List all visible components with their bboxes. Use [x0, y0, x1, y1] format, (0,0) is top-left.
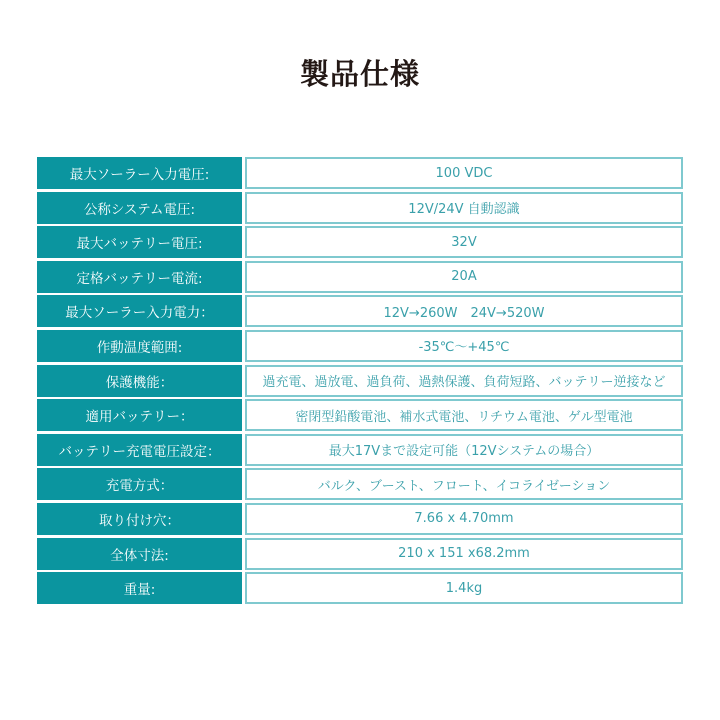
spec-value: 20A	[245, 261, 683, 293]
spec-row-dimensions: 全体寸法: 210 x 151 x68.2mm	[37, 538, 683, 570]
spec-row-mounting-holes: 取り付け穴： 7.66 x 4.70mm	[37, 503, 683, 535]
spec-row-max-solar-voltage: 最大ソーラー入力電圧: 100 VDC	[37, 157, 683, 189]
spec-label: 充電方式：	[37, 468, 242, 500]
spec-label: 最大ソーラー入力電圧:	[37, 157, 242, 189]
spec-value: 12V→260W 24V→520W	[245, 295, 683, 327]
spec-label: 重量:	[37, 572, 242, 604]
spec-row-protection: 保護機能： 過充電、過放電、過負荷、過熱保護、負荷短路、バッテリー逆接など	[37, 365, 683, 397]
spec-value: 7.66 x 4.70mm	[245, 503, 683, 535]
spec-value: 12V/24V 自動認識	[245, 192, 683, 224]
spec-value: バルク、ブースト、フロート、イコライゼーション	[245, 468, 683, 500]
spec-value: 32V	[245, 226, 683, 258]
spec-row-rated-battery-current: 定格バッテリー電流: 20A	[37, 261, 683, 293]
spec-value: 密閉型鉛酸電池、補水式電池、リチウム電池、ゲル型電池	[245, 399, 683, 431]
spec-row-max-battery-voltage: 最大バッテリー電圧: 32V	[37, 226, 683, 258]
spec-label: 定格バッテリー電流:	[37, 261, 242, 293]
spec-label: 保護機能：	[37, 365, 242, 397]
spec-value: 過充電、過放電、過負荷、過熱保護、負荷短路、バッテリー逆接など	[245, 365, 683, 397]
spec-label: 最大ソーラー入力電力：	[37, 295, 242, 327]
spec-row-system-voltage: 公称システム電圧: 12V/24V 自動認識	[37, 192, 683, 224]
spec-label: バッテリー充電電圧設定：	[37, 434, 242, 466]
spec-label: 公称システム電圧:	[37, 192, 242, 224]
spec-value: 最大17Vまで設定可能（12Vシステムの場合）	[245, 434, 683, 466]
spec-row-weight: 重量: 1.4kg	[37, 572, 683, 604]
spec-label: 作動温度範囲:	[37, 330, 242, 362]
spec-label: 取り付け穴：	[37, 503, 242, 535]
spec-value: -35℃～+45℃	[245, 330, 683, 362]
spec-label: 全体寸法:	[37, 538, 242, 570]
spec-row-battery-types: 適用バッテリー： 密閉型鉛酸電池、補水式電池、リチウム電池、ゲル型電池	[37, 399, 683, 431]
page-title: 製品仕様	[0, 52, 720, 93]
spec-row-max-solar-power: 最大ソーラー入力電力： 12V→260W 24V→520W	[37, 295, 683, 327]
spec-row-charge-voltage-setting: バッテリー充電電圧設定： 最大17Vまで設定可能（12Vシステムの場合）	[37, 434, 683, 466]
spec-value: 100 VDC	[245, 157, 683, 189]
spec-value: 1.4kg	[245, 572, 683, 604]
spec-row-charge-method: 充電方式： バルク、ブースト、フロート、イコライゼーション	[37, 468, 683, 500]
spec-label: 最大バッテリー電圧:	[37, 226, 242, 258]
spec-label: 適用バッテリー：	[37, 399, 242, 431]
spec-value: 210 x 151 x68.2mm	[245, 538, 683, 570]
spec-table: 最大ソーラー入力電圧: 100 VDC 公称システム電圧: 12V/24V 自動…	[37, 157, 683, 607]
spec-row-operating-temperature: 作動温度範囲: -35℃～+45℃	[37, 330, 683, 362]
